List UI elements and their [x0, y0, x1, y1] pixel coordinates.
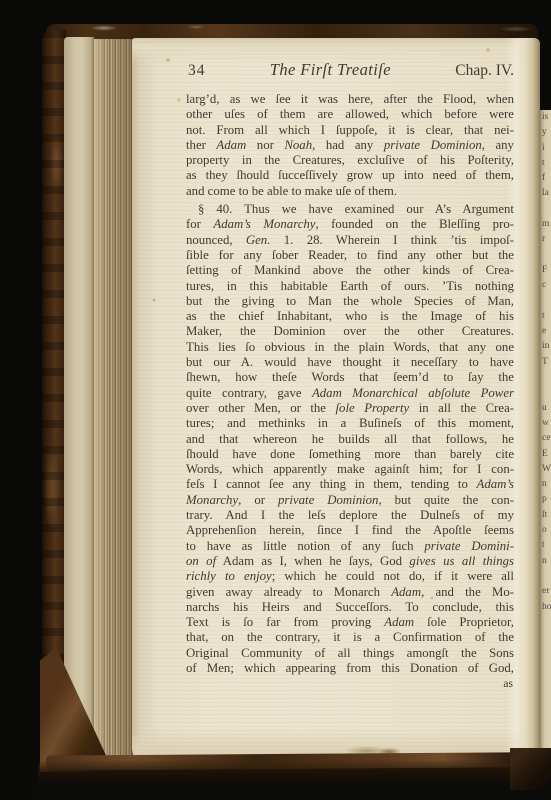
facing-page-fragment: [542, 661, 551, 676]
text-line: and come to be able to make uſe of them.: [186, 184, 514, 199]
facing-page-fragment: T: [542, 355, 551, 370]
facing-page-fragment: [542, 370, 551, 385]
chapter-label: Chap. IV.: [455, 62, 514, 80]
page-header: 34 The Firſt Treatiſe Chap. IV.: [186, 60, 514, 86]
facing-page-fragment: c: [542, 278, 551, 293]
facing-page-fragment: is: [542, 110, 551, 125]
facing-page-fragment: [542, 707, 551, 722]
text-line: nounced, Gen. 1. 28. Wherein I think ’ti…: [186, 233, 514, 248]
text-line: as the chief Inhabitant, who is the Imag…: [186, 309, 514, 324]
catchword: as: [186, 677, 514, 692]
facing-page-fragment: i: [542, 141, 551, 156]
text-line: ther Adam nor Noah, had any private Domi…: [186, 138, 514, 153]
facing-page-fragment: u: [542, 401, 551, 416]
bottom-shadow: [38, 760, 551, 800]
text-line: Text is ſo far from proving Adam ſole Pr…: [186, 615, 514, 630]
text-line: ſetting of Mankind above the other kinds…: [186, 263, 514, 278]
facing-page-text: isyitflamrFcteinTuwceEWnpſtotnerho: [540, 110, 551, 756]
text-line: for Adam’s Monarchy, founded on the Bleſ…: [186, 217, 514, 232]
text-line: § 40. Thus we have examined our A’s Argu…: [186, 202, 514, 217]
facing-page-fragment: [542, 630, 551, 645]
page-number: 34: [186, 62, 206, 80]
text-line: that, on the contrary, it is a Confirmat…: [186, 630, 514, 645]
facing-page-fragment: e: [542, 324, 551, 339]
facing-page-fragment: t: [542, 156, 551, 171]
facing-page-fragment: [542, 248, 551, 263]
text-line: Apprehenſion herein, ſince I find the Ap…: [186, 523, 514, 538]
facing-page-fragment: W: [542, 462, 551, 477]
facing-page-fragment: F: [542, 263, 551, 278]
body-lines: larg’d, as we ſee it was here, after the…: [186, 92, 514, 676]
facing-page-fragment: m: [542, 217, 551, 232]
text-line: other uſes of them are allowed, which be…: [186, 107, 514, 122]
book-page: 34 The Firſt Treatiſe Chap. IV. larg’d, …: [132, 38, 540, 764]
facing-page-fragment: w: [542, 416, 551, 431]
facing-page-fragment: [542, 691, 551, 706]
text-line: larg’d, as we ſee it was here, after the…: [186, 92, 514, 107]
facing-page-fragment: r: [542, 232, 551, 247]
facing-page-fragment: p: [542, 492, 551, 507]
text-line: ſhould have done ſomething more than bar…: [186, 447, 514, 462]
text-line: tures, in this habitable Earth of ours. …: [186, 279, 514, 294]
facing-page-fragment: [542, 615, 551, 630]
text-line: and that whereon he builds all that foll…: [186, 432, 514, 447]
text-line: but our A. would have thought it neceſſa…: [186, 355, 514, 370]
facing-page-fragment: [542, 722, 551, 737]
facing-page-fragment: [542, 294, 551, 309]
text-line: but the giving to Man the whole Species …: [186, 294, 514, 309]
paragraph: § 40. Thus we have examined our A’s Argu…: [186, 202, 514, 676]
facing-page-fragment: f: [542, 171, 551, 186]
text-line: to have as little notion of any ſuch pri…: [186, 539, 514, 554]
text-line: ſible for any ſober Reader, to find any …: [186, 248, 514, 263]
text-line: trary. And I the leſs deplore the Dulneſ…: [186, 508, 514, 523]
facing-page-fragment: y: [542, 125, 551, 140]
book-scan-photo: 34 The Firſt Treatiſe Chap. IV. larg’d, …: [0, 0, 551, 800]
facing-page-fragment: ſt: [542, 508, 551, 523]
book-board-edge: [64, 37, 94, 760]
paragraph: larg’d, as we ſee it was here, after the…: [186, 92, 514, 199]
text-block: 34 The Firſt Treatiſe Chap. IV. larg’d, …: [186, 60, 514, 692]
facing-page-fragment: [542, 385, 551, 400]
text-line: richly to enjoy; which he could not do, …: [186, 569, 514, 584]
facing-page-fragment: n: [542, 554, 551, 569]
text-line: property in the Creatures, excluſive of …: [186, 153, 514, 168]
facing-page-sliver: isyitflamrFcteinTuwceEWnpſtotnerho: [540, 110, 551, 756]
facing-page-fragment: [542, 676, 551, 691]
facing-page-fragment: [542, 569, 551, 584]
bottom-right-leather-corner: [510, 748, 551, 790]
facing-page-fragment: in: [542, 339, 551, 354]
text-line: Original Community of all things amongſt…: [186, 646, 514, 661]
facing-page-fragment: E: [542, 447, 551, 462]
facing-page-fragment: ce: [542, 431, 551, 446]
text-line: tures; and methinks in a Buſineſs of thi…: [186, 416, 514, 431]
text-line: ſhewn, how theſe Words that ſeem’d to ſa…: [186, 370, 514, 385]
text-line: narchs his Heirs and Succeſſors. To conc…: [186, 600, 514, 615]
facing-page-fragment: t: [542, 538, 551, 553]
text-line: over other Men, or the ſole Property in …: [186, 401, 514, 416]
facing-page-fragment: er: [542, 584, 551, 599]
facing-page-fragment: [542, 645, 551, 660]
text-line: Words, which apparently make againſt him…: [186, 462, 514, 477]
text-line: Maker, the Dominion over the other Creat…: [186, 324, 514, 339]
text-line: not. From all which I ſuppoſe, it is cle…: [186, 123, 514, 138]
facing-page-fragment: la: [542, 186, 551, 201]
text-line: of Men; which appearing from this Donati…: [186, 661, 514, 676]
facing-page-fragment: [542, 202, 551, 217]
text-line: on of Adam as I, when he ſays, God gives…: [186, 554, 514, 569]
text-line: feſs I cannot ſee any thing in them, ten…: [186, 477, 514, 492]
facing-page-fragment: o: [542, 523, 551, 538]
text-line: quite contrary, gave Adam Monarchical ab…: [186, 386, 514, 401]
text-line: This lies ſo obvious in the plain Words,…: [186, 340, 514, 355]
gutter-page-edges: [94, 39, 134, 758]
facing-page-fragment: t: [542, 309, 551, 324]
text-line: given away already to Monarch Adam, and …: [186, 585, 514, 600]
facing-page-fragment: ho: [542, 600, 551, 615]
text-line: as they ſhould ſucceſſively grow up into…: [186, 168, 514, 183]
text-line: Monarchy, or private Dominion, but quite…: [186, 493, 514, 508]
facing-page-fragment: n: [542, 477, 551, 492]
running-title: The Firſt Treatiſe: [206, 60, 456, 80]
